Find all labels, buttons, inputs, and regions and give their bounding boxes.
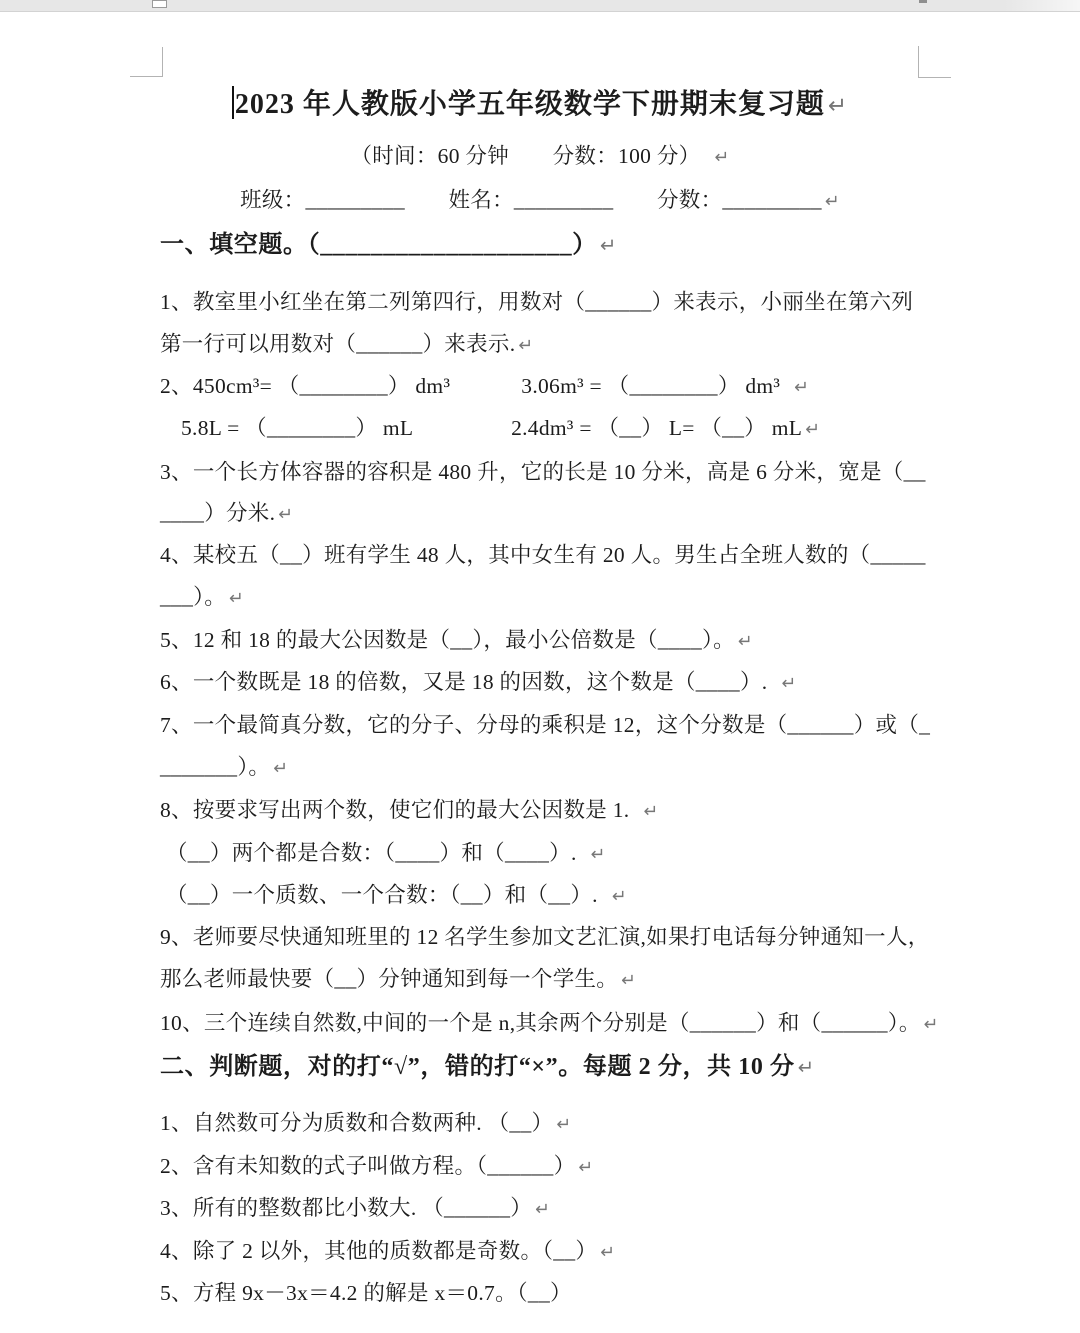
section1-heading-line[interactable]: 一、填空题。（____________________）↵ — [160, 230, 617, 262]
margin-crop-mark-top-left — [162, 47, 163, 77]
doc-title: 2023 年人教版小学五年级数学下册期末复习题 — [235, 89, 825, 120]
paragraph-mark-icon: ↵ — [229, 589, 244, 609]
paragraph-mark-icon: ↵ — [643, 802, 658, 822]
fill-q6-line[interactable]: 6、一个数既是 18 的倍数，又是 18 的因数，这个数是（____）.↵ — [160, 669, 797, 701]
ruler-indent-marker[interactable] — [152, 0, 167, 8]
fill-q9-line1[interactable]: 9、老师要尽快通知班里的 12 名学生参加文艺汇演,如果打电话每分钟通知一人， — [160, 924, 930, 956]
fill-q1-line1[interactable]: 1、教室里小红坐在第二列第四行，用数对（______）来表示，小丽坐在第六列 — [160, 289, 913, 321]
fill-q1-line2[interactable]: 第一行可以用数对（______）来表示.↵ — [160, 331, 533, 363]
fill-q7-line1[interactable]: 7、一个最简真分数，它的分子、分母的乘积是 12，这个分数是（______）或（… — [160, 712, 930, 744]
fill-q8-line2[interactable]: （__）两个都是合数：（____）和（____）.↵ — [166, 840, 606, 872]
fill-q4-line1[interactable]: 4、某校五（__）班有学生 48 人，其中女生有 20 人。男生占全班人数的（_… — [160, 542, 926, 574]
paragraph-mark-icon: ↵ — [805, 420, 820, 440]
paragraph-mark-icon: ↵ — [600, 234, 617, 257]
margin-crop-mark-top-right — [918, 77, 951, 78]
fill-q10-line[interactable]: 10、三个连续自然数,中间的一个是 n,其余两个分别是（______）和（___… — [160, 1010, 939, 1042]
fill-q9-line2[interactable]: 那么老师最快要（__）分钟通知到每一个学生。↵ — [160, 966, 636, 998]
fill-q7-line2[interactable]: _______）。↵ — [160, 754, 288, 786]
section2-heading: 二、判断题，对的打“√”，错的打“×”。每题 2 分，共 10 分 — [160, 1054, 795, 1080]
section2-heading-line[interactable]: 二、判断题，对的打“√”，错的打“×”。每题 2 分，共 10 分↵ — [160, 1052, 815, 1084]
fill-q8-line3[interactable]: （__）一个质数、一个合数：（__）和（__）.↵ — [166, 882, 627, 914]
meta-text: （时间：60 分钟 分数：100 分） — [350, 144, 700, 168]
fill-q5-line[interactable]: 5、12 和 18 的最大公因数是（__），最小公倍数是（____）。↵ — [160, 627, 753, 659]
judge-q4-line[interactable]: 4、除了 2 以外，其他的质数都是奇数。（__）↵ — [160, 1238, 615, 1270]
paragraph-mark-icon: ↵ — [738, 632, 753, 652]
text-cursor — [232, 86, 234, 119]
paragraph-mark-icon: ↵ — [828, 93, 848, 119]
paragraph-mark-icon: ↵ — [591, 845, 606, 865]
paragraph-mark-icon: ↵ — [714, 148, 729, 168]
paragraph-mark-icon: ↵ — [621, 971, 636, 991]
fill-q3-line2[interactable]: ____）分米.↵ — [160, 500, 293, 532]
paragraph-mark-icon: ↵ — [794, 378, 809, 398]
judge-q2-line[interactable]: 2、含有未知数的式子叫做方程。（______）↵ — [160, 1153, 593, 1185]
margin-crop-mark-top-right — [918, 46, 919, 78]
paragraph-mark-icon: ↵ — [825, 192, 840, 212]
margin-crop-mark-top-left — [130, 76, 163, 77]
judge-q1-line[interactable]: 1、自然数可分为质数和合数两种. （__）↵ — [160, 1110, 571, 1142]
section1-heading: 一、填空题。（____________________） — [160, 232, 597, 258]
fill-q4-line2[interactable]: ___）。↵ — [160, 584, 244, 616]
judge-q5-line[interactable]: 5、方程 9x－3x＝4.2 的解是 x＝0.7。（__） — [160, 1280, 572, 1312]
paragraph-mark-icon: ↵ — [781, 674, 796, 694]
paragraph-mark-icon: ↵ — [518, 336, 533, 356]
paragraph-mark-icon: ↵ — [535, 1200, 550, 1220]
paragraph-mark-icon: ↵ — [798, 1056, 815, 1079]
paragraph-mark-icon: ↵ — [556, 1115, 571, 1135]
doc-title-line[interactable]: 2023 年人教版小学五年级数学下册期末复习题↵ — [0, 86, 1080, 118]
fields-text: 班级：_________ 姓名：_________ 分数：_________ — [240, 188, 822, 212]
paragraph-mark-icon: ↵ — [924, 1015, 939, 1035]
fill-q3-line1[interactable]: 3、一个长方体容器的容积是 480 升，它的长是 10 分米，高是 6 分米，宽… — [160, 459, 926, 491]
fill-q2-line2[interactable]: 5.8L = （________） mL 2.4dm³ = （__） L= （_… — [181, 415, 820, 447]
meta-line[interactable]: （时间：60 分钟 分数：100 分）↵ — [0, 143, 1080, 175]
fields-line[interactable]: 班级：_________ 姓名：_________ 分数：_________↵ — [0, 187, 1080, 219]
judge-q3-line[interactable]: 3、所有的整数都比小数大. （______）↵ — [160, 1195, 550, 1227]
fill-q2-line1[interactable]: 2、450cm³= （________） dm³ 3.06m³ = （_____… — [160, 373, 809, 405]
fill-q8-line1[interactable]: 8、按要求写出两个数，使它们的最大公因数是 1.↵ — [160, 797, 659, 829]
paragraph-mark-icon: ↵ — [612, 887, 627, 907]
top-edge-marker — [919, 0, 927, 3]
paragraph-mark-icon: ↵ — [273, 759, 288, 779]
paragraph-mark-icon: ↵ — [600, 1243, 615, 1263]
paragraph-mark-icon: ↵ — [278, 505, 293, 525]
paragraph-mark-icon: ↵ — [578, 1158, 593, 1178]
